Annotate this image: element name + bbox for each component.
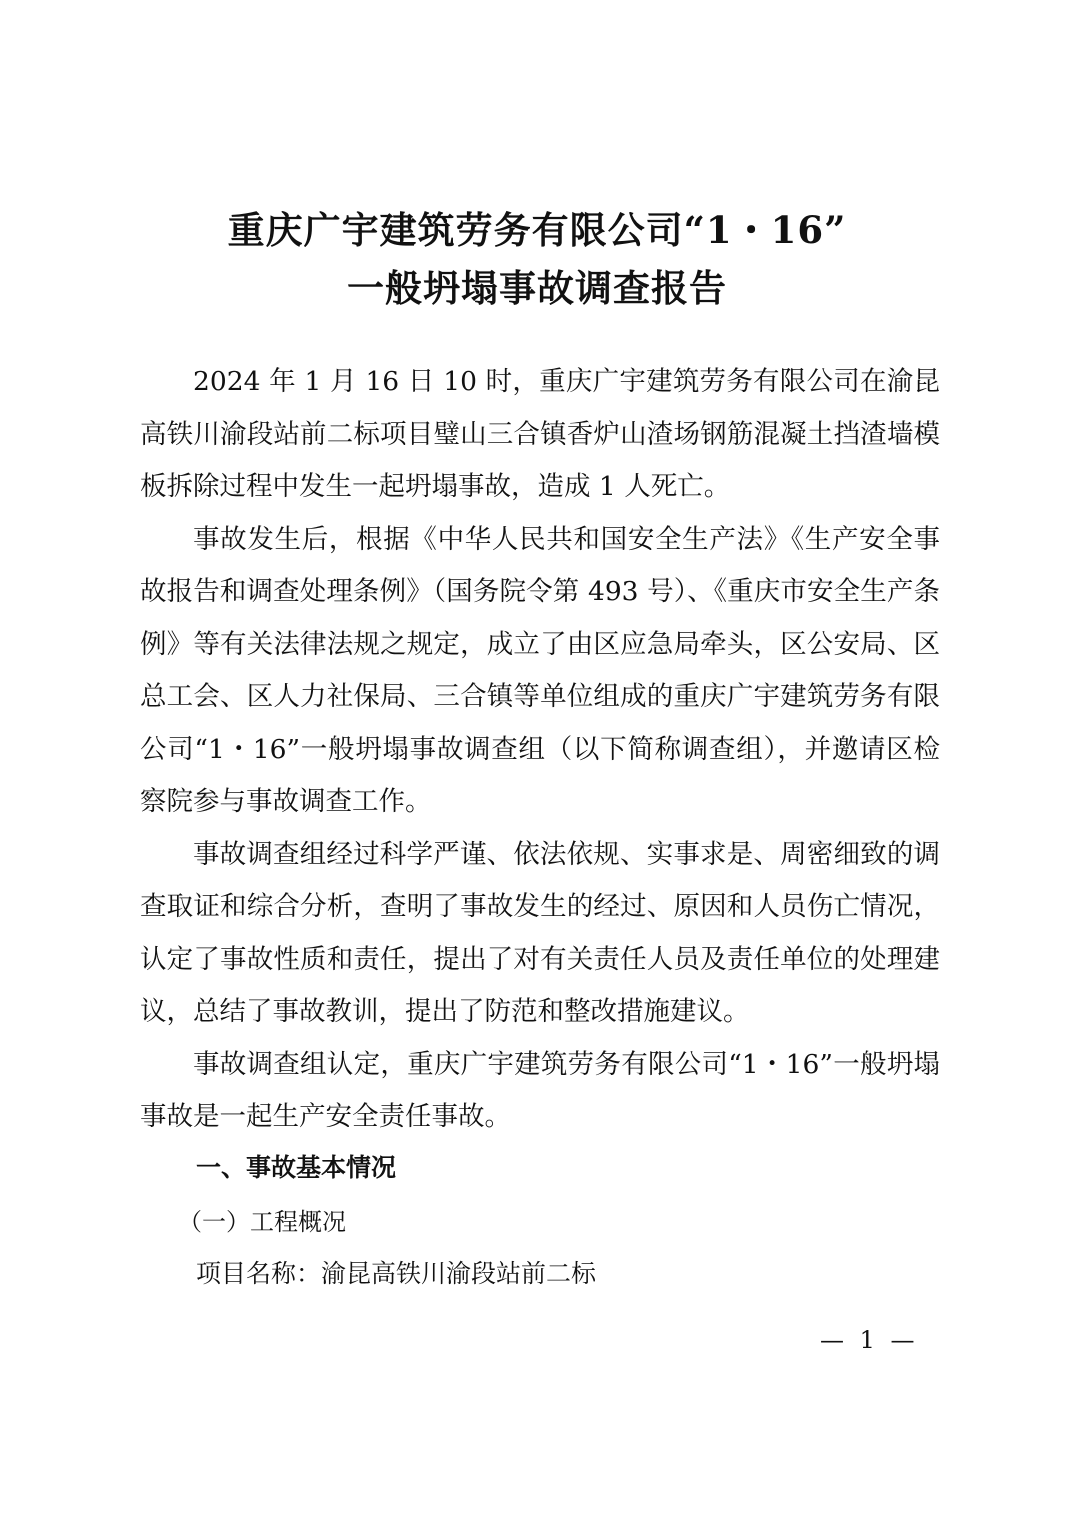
project-name-line: 项目名称：渝昆高铁川渝段站前二标 bbox=[196, 1254, 596, 1290]
section-heading: 一、事故基本情况 bbox=[196, 1148, 396, 1184]
paragraph-investigation-process: 事故调查组经过科学严谨、依法依规、实事求是、周密细致的调查取证和综合分析，查明了… bbox=[140, 829, 940, 1039]
paragraph-investigation-basis: 事故发生后，根据《中华人民共和国安全生产法》《生产安全事故报告和调查处理条例》（… bbox=[140, 514, 940, 829]
document-title-line-2: 一般坍塌事故调查报告 bbox=[0, 258, 1074, 312]
page-number: — 1 — bbox=[820, 1326, 919, 1354]
paragraph-conclusion: 事故调查组认定，重庆广宇建筑劳务有限公司“1・16”一般坍塌事故是一起生产安全责… bbox=[140, 1039, 940, 1144]
subsection-heading: （一）工程概况 bbox=[178, 1202, 346, 1237]
paragraph-intro: 2024 年 1 月 16 日 10 时，重庆广宇建筑劳务有限公司在渝昆高铁川渝… bbox=[140, 356, 940, 514]
document-body: 2024 年 1 月 16 日 10 时，重庆广宇建筑劳务有限公司在渝昆高铁川渝… bbox=[140, 356, 940, 1144]
document-title-line-1: 重庆广宇建筑劳务有限公司“1・16” bbox=[0, 200, 1074, 254]
